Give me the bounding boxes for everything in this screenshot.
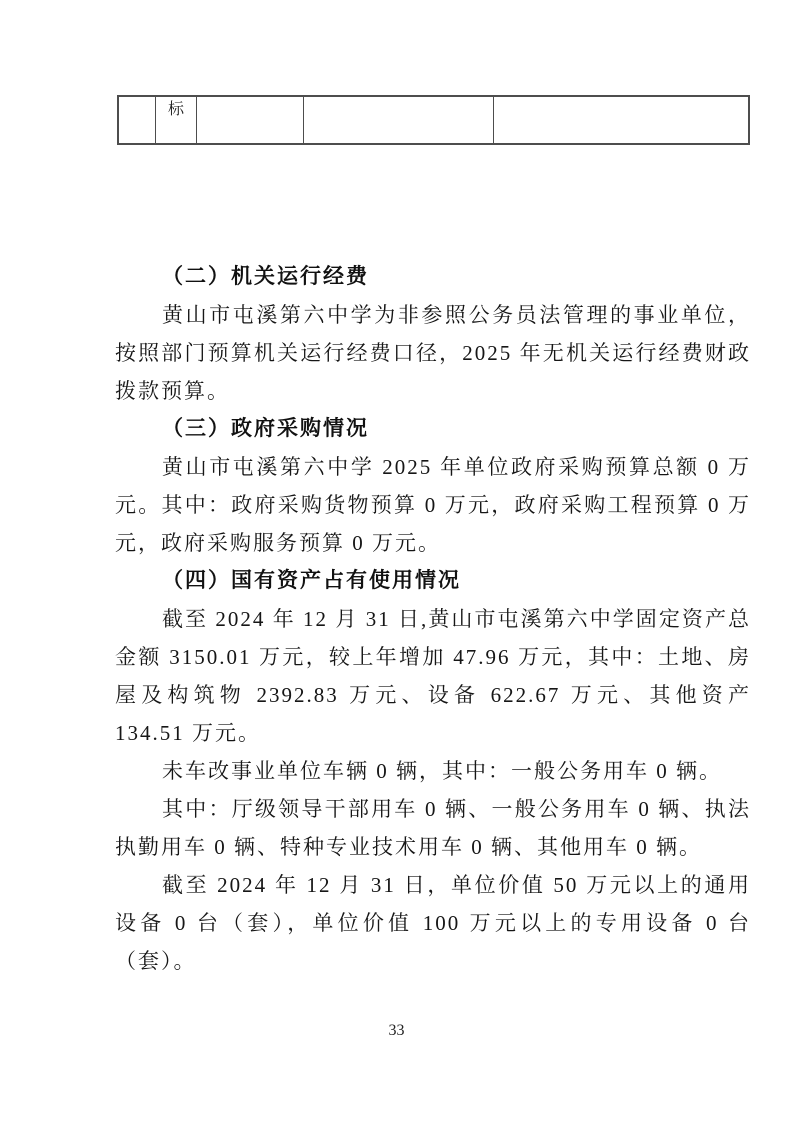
paragraph: 黄山市屯溪第六中学为非参照公务员法管理的事业单位，按照部门预算机关运行经费口径，… bbox=[115, 296, 751, 410]
table-cell-5 bbox=[494, 97, 748, 143]
paragraph: 其中：厅级领导干部用车 0 辆、一般公务用车 0 辆、执法执勤用车 0 辆、特种… bbox=[115, 790, 751, 866]
document-page: 标 （二）机关运行经费 黄山市屯溪第六中学为非参照公务员法管理的事业单位，按照部… bbox=[0, 0, 793, 1122]
table-cell-1 bbox=[119, 97, 156, 143]
paragraph: 截至 2024 年 12 月 31 日,黄山市屯溪第六中学固定资产总金额 315… bbox=[115, 600, 751, 752]
section-heading-3: （三）政府采购情况 bbox=[115, 410, 751, 448]
table-cell-4 bbox=[304, 97, 494, 143]
paragraph: 黄山市屯溪第六中学 2025 年单位政府采购预算总额 0 万元。其中：政府采购货… bbox=[115, 448, 751, 562]
page-number: 33 bbox=[0, 1021, 793, 1041]
table-cell-3 bbox=[197, 97, 304, 143]
paragraph: 截至 2024 年 12 月 31 日，单位价值 50 万元以上的通用设备 0 … bbox=[115, 866, 751, 980]
table-cell-2: 标 bbox=[156, 97, 197, 143]
table-fragment: 标 bbox=[117, 95, 750, 145]
section-heading-2: （二）机关运行经费 bbox=[115, 258, 751, 296]
section-heading-4: （四）国有资产占有使用情况 bbox=[115, 562, 751, 600]
document-body: （二）机关运行经费 黄山市屯溪第六中学为非参照公务员法管理的事业单位，按照部门预… bbox=[115, 258, 751, 980]
paragraph: 未车改事业单位车辆 0 辆，其中：一般公务用车 0 辆。 bbox=[115, 752, 751, 790]
